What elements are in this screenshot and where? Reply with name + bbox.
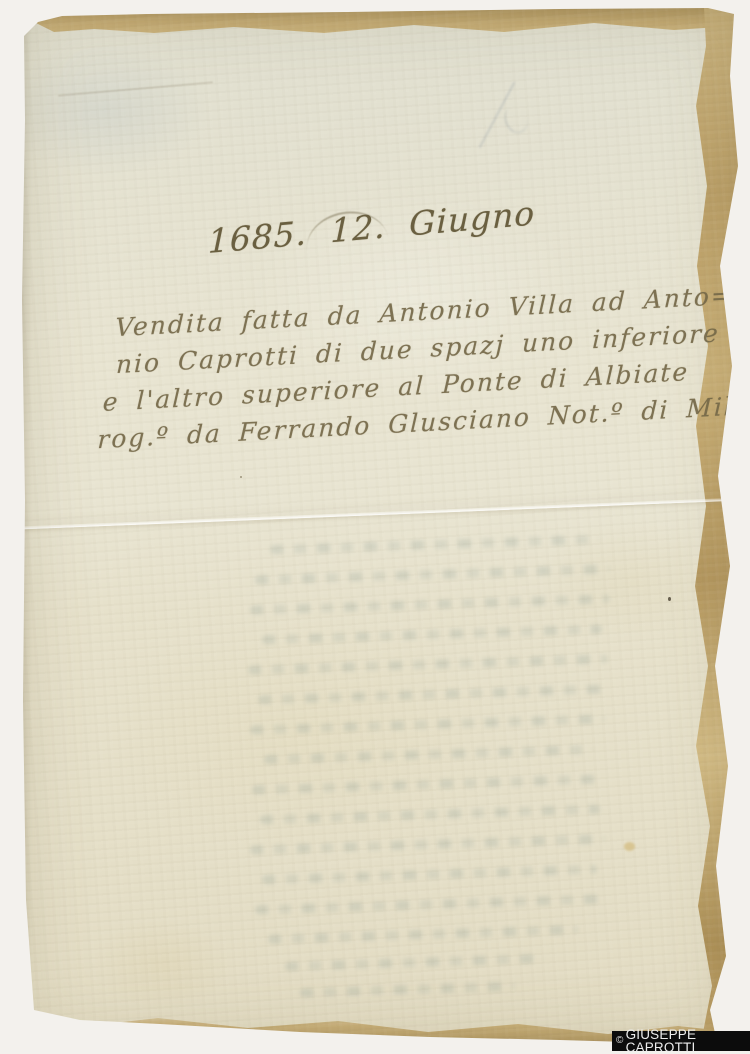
show-through-line bbox=[262, 865, 597, 885]
show-through-line bbox=[252, 775, 602, 795]
show-through-line bbox=[300, 982, 515, 998]
show-through-line bbox=[262, 625, 602, 645]
manuscript-page: 1685. 12. Giugno Vendita fatta da Antoni… bbox=[18, 6, 740, 1048]
show-through-line bbox=[250, 594, 610, 614]
show-through-line bbox=[260, 805, 600, 825]
show-through-line bbox=[258, 685, 603, 705]
show-through-line bbox=[264, 745, 594, 764]
ink-speck bbox=[668, 597, 671, 601]
copyright-watermark: © GIUSEPPE CAPROTTI bbox=[612, 1031, 750, 1051]
paper-texture bbox=[18, 6, 740, 1048]
show-through-line bbox=[270, 535, 600, 554]
scan-background: 1685. 12. Giugno Vendita fatta da Antoni… bbox=[0, 0, 750, 1054]
copyright-icon: © bbox=[616, 1036, 624, 1046]
copyright-name: GIUSEPPE CAPROTTI bbox=[626, 1028, 750, 1054]
show-through-line bbox=[255, 564, 610, 584]
show-through-line bbox=[255, 895, 600, 915]
show-through-line bbox=[248, 654, 608, 674]
faint-pencil-loop bbox=[500, 103, 531, 138]
show-through-line bbox=[250, 714, 605, 734]
hairline-crease-topleft bbox=[58, 81, 213, 97]
show-through-line bbox=[285, 954, 545, 971]
fold-crease bbox=[12, 497, 746, 529]
deckle-edge-right bbox=[678, 6, 740, 1048]
show-through-line bbox=[250, 834, 605, 854]
paper-speck bbox=[240, 476, 242, 478]
edge-vignette bbox=[18, 6, 740, 1048]
ink-show-through bbox=[18, 6, 740, 1048]
deckle-edge-top bbox=[34, 6, 734, 38]
date-heading: 1685. 12. Giugno bbox=[208, 193, 536, 261]
foxing-stain bbox=[624, 842, 635, 851]
show-through-line bbox=[268, 925, 578, 944]
handwritten-note: Vendita fatta da Antonio Villa ad Anto= … bbox=[93, 278, 717, 459]
